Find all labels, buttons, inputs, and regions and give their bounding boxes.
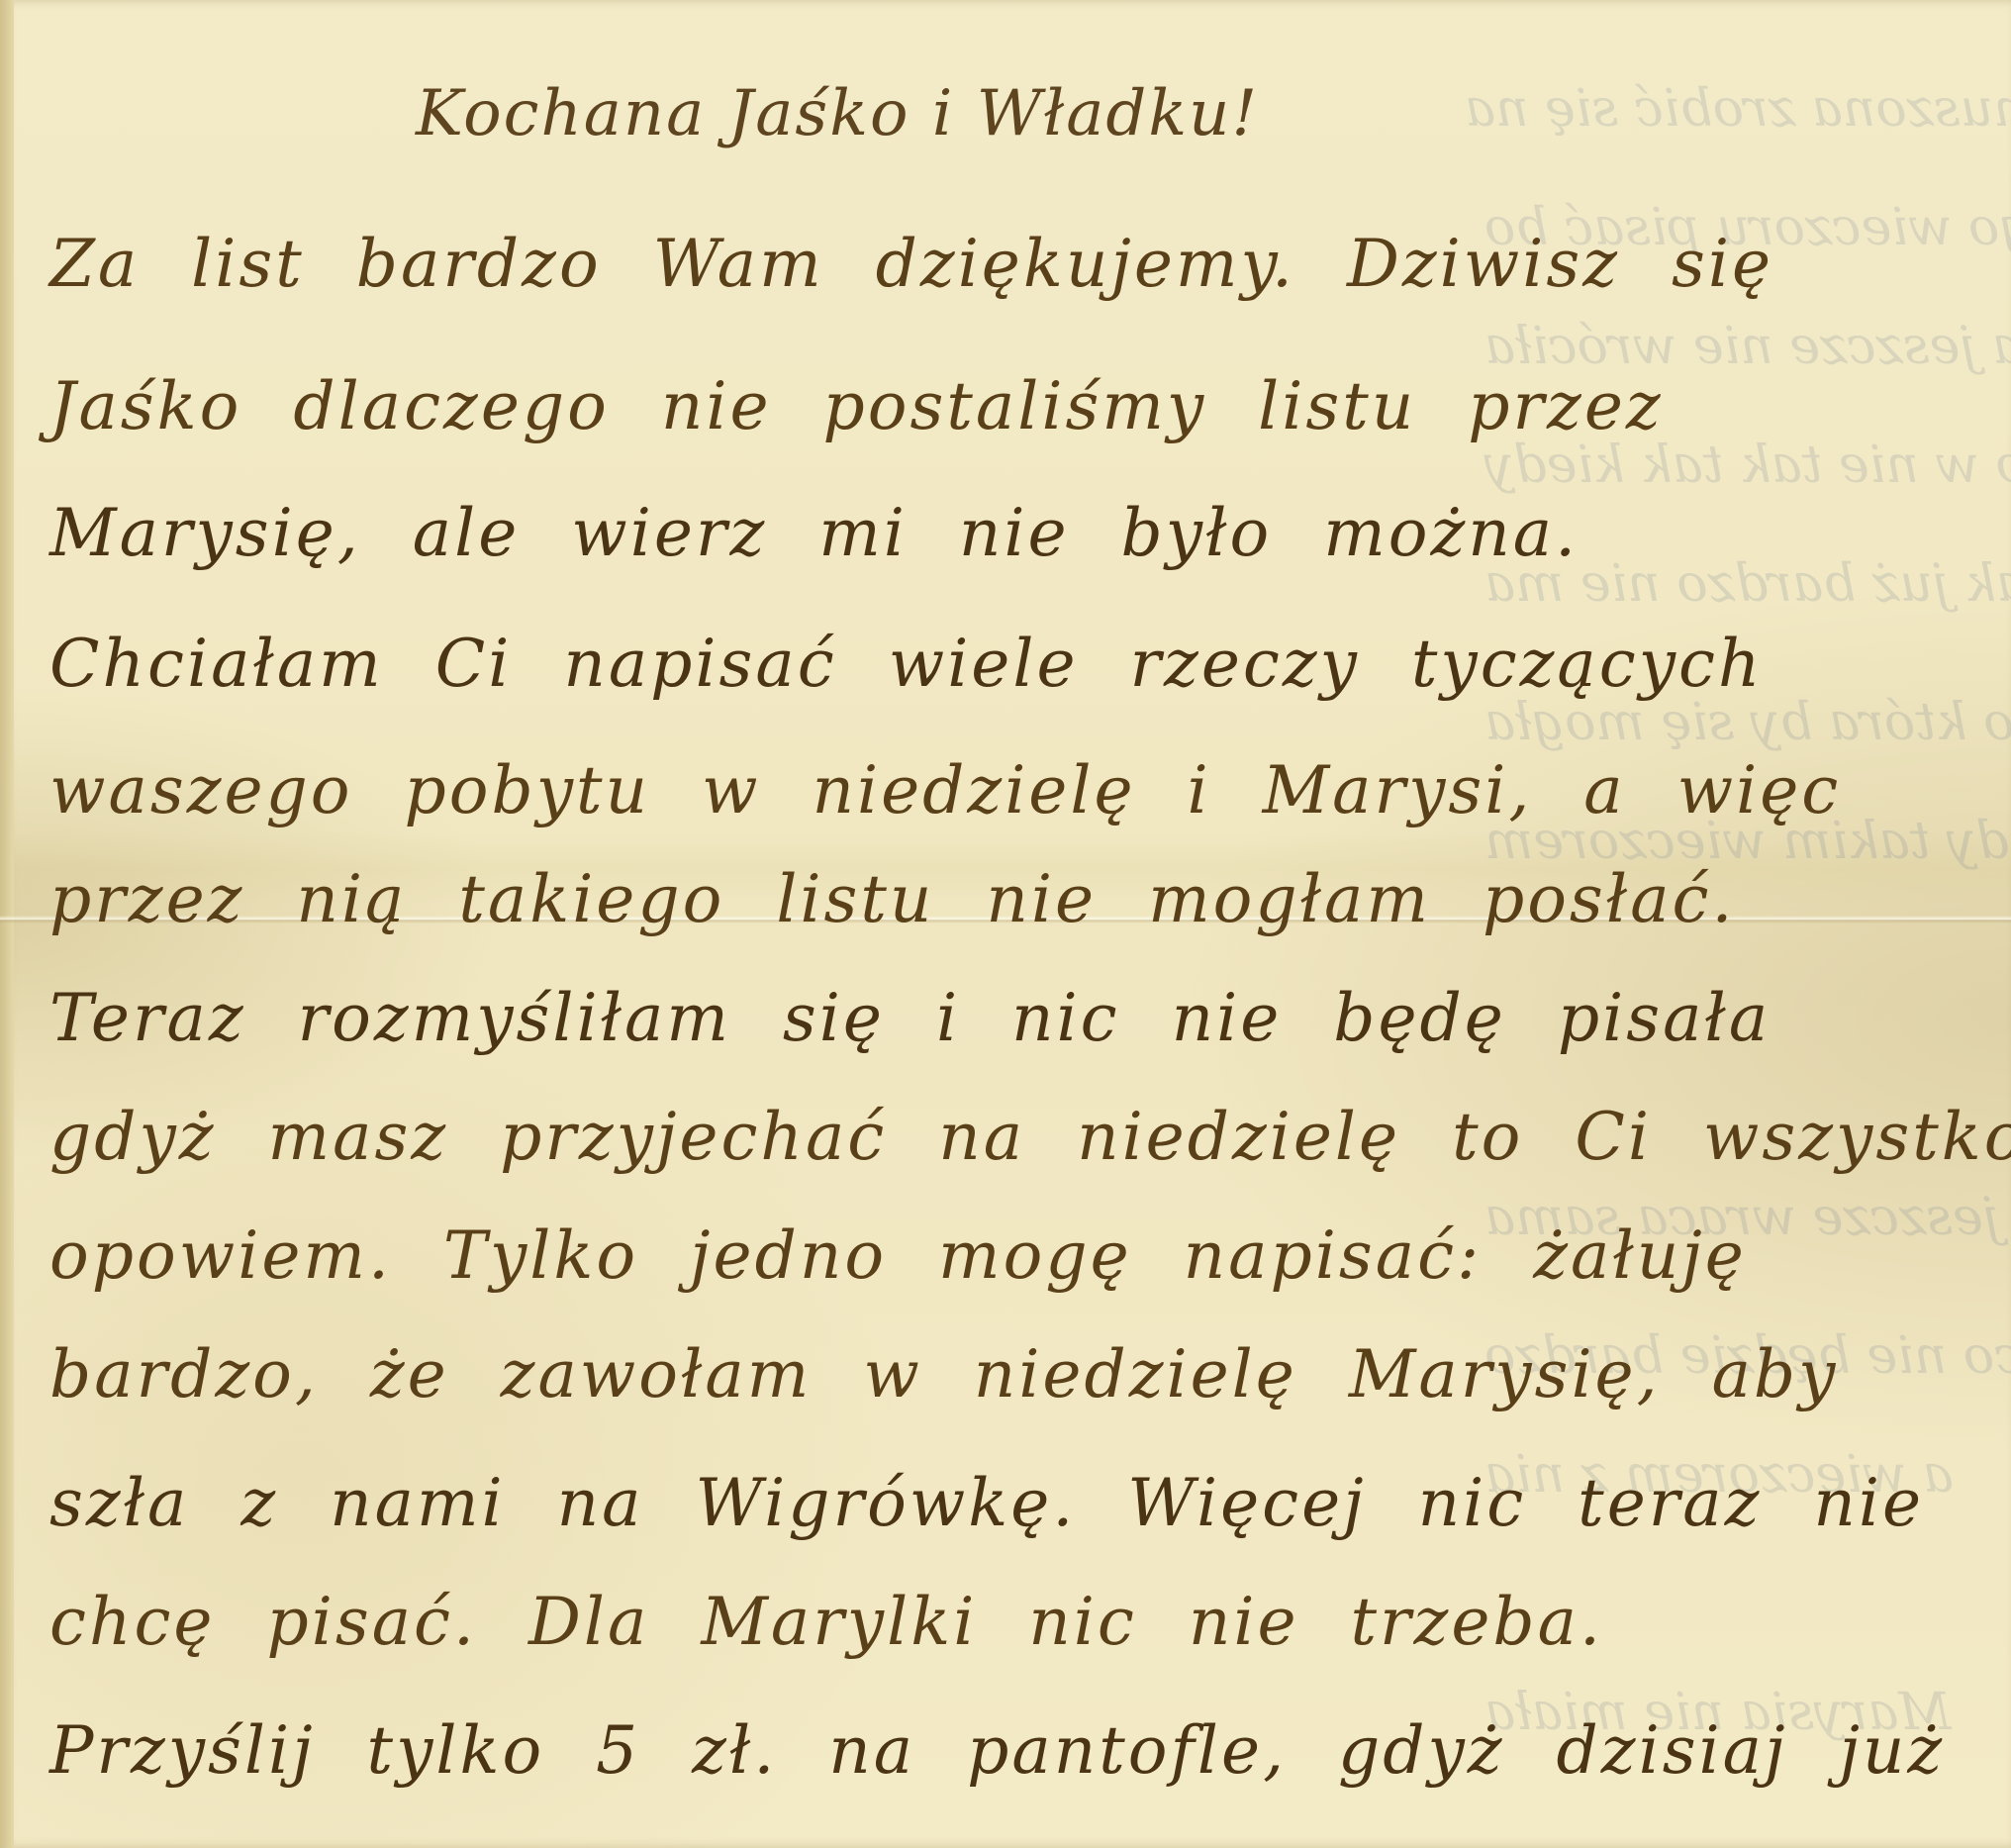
letter-sheet: jest zmuszona zrobić się na każdego wiec…: [0, 0, 2011, 1848]
salutation: Kochana Jaśko i Władku!: [416, 77, 1259, 150]
letter-line: chcę pisać. Dla Marylki nic nie trzeba.: [49, 1584, 1603, 1660]
letter-line: szła z nami na Wigrówkę. Więcej nic tera…: [49, 1465, 1924, 1541]
letter-line: Przyślij tylko 5 zł. na pantofle, gdyż d…: [49, 1712, 1945, 1789]
letter-line: waszego pobytu w niedzielę i Marysi, a w…: [49, 752, 1841, 828]
letter-line: Chciałam Ci napisać wiele rzeczy tyczący…: [49, 626, 1764, 702]
letter-line: Jaśko dlaczego nie postaliśmy listu prze…: [49, 368, 1664, 444]
letter-line: gdyż masz przyjechać na niedzielę to Ci …: [49, 1099, 2011, 1175]
letter-line: Marysię, ale wierz mi nie było można.: [49, 495, 1579, 571]
letter-line: Za list bardzo Wam dziękujemy. Dziwisz s…: [49, 226, 1773, 302]
letter-line: Teraz rozmyśliłam się i nic nie będę pis…: [49, 980, 1771, 1056]
letter-line: przez nią takiego listu nie mogłam posła…: [49, 861, 1736, 937]
letter-body: Kochana Jaśko i Władku! Za list bardzo W…: [0, 0, 2011, 1848]
letter-line: bardzo, że zawołam w niedzielę Marysię, …: [49, 1336, 1838, 1412]
letter-line: opowiem. Tylko jedno mogę napisać: żałuj…: [49, 1217, 1747, 1294]
